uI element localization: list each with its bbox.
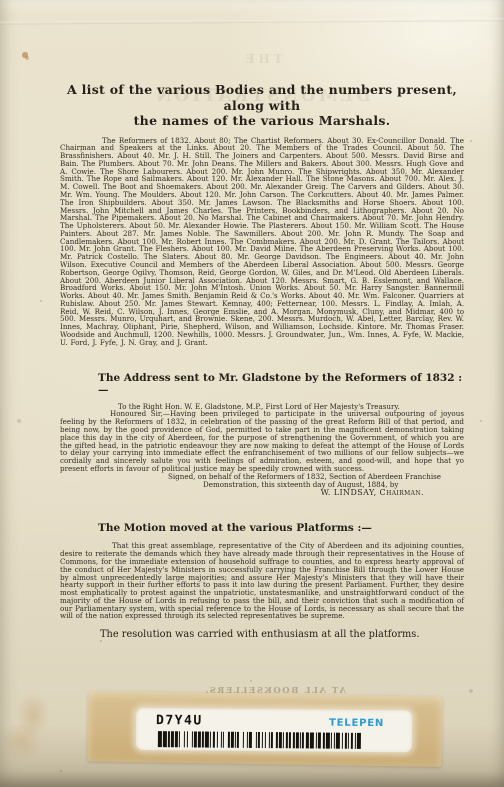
address-signature: W. LINDSAY, Chairman.: [60, 488, 464, 497]
bodies-and-marshals-paragraph: The Reformers of 1832. About 80; The Cha…: [60, 137, 464, 347]
library-barcode-tape: D7Y4U TELEPEN: [87, 691, 442, 767]
address-section-heading: The Address sent to Mr. Gladstone by the…: [60, 372, 464, 396]
motion-body-paragraph: That this great assemblage, representati…: [60, 542, 464, 620]
motion-section-heading: The Motion moved at the various Platform…: [60, 522, 464, 534]
barcode-accession-code: D7Y4U: [156, 713, 203, 728]
barcode-label-row: D7Y4U TELEPEN: [136, 708, 412, 730]
address-body-paragraph: Honoured Sir,—Having been privileged to …: [60, 410, 464, 472]
paper-speckles: [0, 0, 2, 2]
show-through-text: THE: [60, 52, 464, 66]
barcode-label: D7Y4U TELEPEN: [136, 708, 412, 752]
barcode-gap: [361, 733, 362, 749]
telepen-brand-label: TELEPEN: [329, 718, 384, 729]
page-title-line1: A list of the various Bodies and the num…: [60, 82, 464, 113]
signature-title: Chairman.: [380, 488, 424, 497]
signature-name: W. LINDSAY,: [321, 488, 380, 497]
address-signed-line2: Demonstration, this sixteenth day of Aug…: [60, 481, 464, 489]
scanned-document-page: THE DEMONSTRATION AT ALL BOOKSELLERS. A …: [0, 0, 504, 787]
printed-text-block: A list of the various Bodies and the num…: [60, 82, 464, 640]
resolution-statement: The resolution was carried with enthusia…: [60, 629, 464, 640]
barcode-stripes: [158, 731, 364, 749]
paper-stain: [2, 722, 42, 762]
page-title: A list of the various Bodies and the num…: [60, 82, 464, 129]
page-title-line2: the names of the various Marshals.: [60, 113, 464, 129]
paper-crease: [0, 18, 504, 25]
